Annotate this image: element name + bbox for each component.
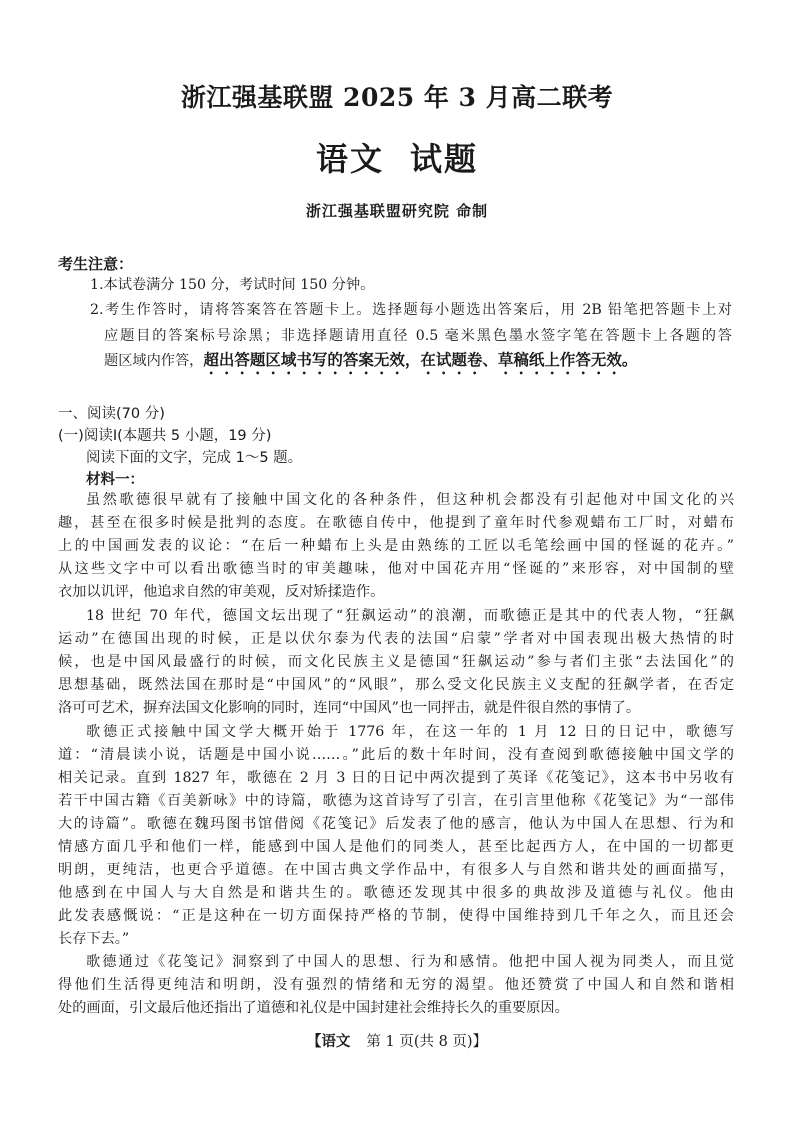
- subsection-title: (一)阅读Ⅰ(本题共 5 小题，19 分): [58, 424, 271, 445]
- paper-type: 试题: [410, 140, 478, 178]
- exam-title: 浙江强基联盟 2025 年 3 月高二联考: [0, 78, 794, 114]
- passage-line: 得他们生活得更纯洁和明朗，没有强烈的情绪和无穷的渴望。他还赞赏了中国人和自然和谐…: [58, 975, 734, 995]
- paper-maker: 浙江强基联盟研究院 命制: [0, 200, 794, 221]
- exam-page: 浙江强基联盟 2025 年 3 月高二联考 语文试题 浙江强基联盟研究院 命制 …: [0, 0, 794, 1122]
- passage-line: 道：“清晨读小说，话题是中国小说……。”此后的数十年时间，没有查阅到歌德接触中国…: [58, 745, 734, 765]
- passage-line: 此发表感慨说：“正是这种在一切方面保持严格的节制，使得中国维持到几千年之久，而且…: [58, 906, 734, 926]
- notice-item-2-line-2: 应题目的答案标号涂黑；非选择题请用直径 0.5 毫米黑色墨水签字笔在答题卡上各题…: [104, 326, 732, 346]
- passage-line: 衣加以讥评，他追求自然的审美观，反对矫揉造作。: [58, 582, 384, 602]
- material-label: 材料一：: [86, 468, 144, 489]
- reading-instruction: 阅读下面的文字，完成 1～5 题。: [86, 446, 302, 467]
- section-title: 一、阅读(70 分): [58, 402, 165, 423]
- passage-line: 运动”在德国出现的时候，正是以伏尔泰为代表的法国“启蒙”学者对中国表现出极大热情…: [58, 629, 734, 649]
- passage-line: 虽然歌德很早就有了接触中国文化的各种条件，但这种机会都没有引起他对中国文化的兴: [86, 490, 734, 510]
- passage-line: 歌德通过《花笺记》洞察到了中国人的思想、行为和感情。他把中国人视为同类人，而且觉: [86, 952, 734, 972]
- passage-line: 18 世纪 70 年代，德国文坛出现了“狂飙运动”的浪潮，而歌德正是其中的代表人…: [86, 606, 734, 626]
- passage-line: 长存下去。”: [58, 929, 129, 949]
- passage-line: 情感方面几乎和他们一样，能感到中国人是他们的同类人，甚至比起西方人，在中国的一切…: [58, 837, 734, 857]
- passage-line: 相关记录。直到 1827 年，歌德在 2 月 3 日的日记中两次提到了英译《花笺…: [58, 768, 734, 788]
- passage-line: 处的画面，引文最后他还指出了道德和礼仪是中国封建社会维持长久的重要原因。: [58, 998, 569, 1018]
- passage-line: 明朗，更纯洁，也更合乎道德。在中国古典文学作品中，有很多人与自然和谐共处的画面描…: [58, 860, 734, 880]
- notice-emphasized-warning: 超出答题区域书写的答案无效，在试题卷、草稿纸上作答无效。: [203, 351, 637, 369]
- passage-line: 若干中国古籍《百美新咏》中的诗篇，歌德为这首诗写了引言，在引言里他称《花笺记》为…: [58, 791, 734, 811]
- passage-line: 歌德正式接触中国文学大概开始于 1776 年，在这一年的 1 月 12 日的日记…: [86, 722, 734, 742]
- passage-line: 候，也是中国风最盛行的时候，而文化民族主义是德国“狂飙运动”参与者们主张“去法国…: [58, 652, 734, 672]
- passage-line: 大的诗篇”。歌德在魏玛图书馆借阅《花笺记》后发表了他的感言，他认为中国人在思想、…: [58, 814, 734, 834]
- subject-name: 语文: [316, 140, 384, 178]
- passage-line: 他感到在中国人与大自然是和谐共生的。歌德还发现其中很多的典故涉及道德与礼仪。他由: [58, 883, 734, 903]
- passage-line: 趣，甚至在很多时候是批判的态度。在歌德自传中，他提到了童年时代参观蜡布工厂时，对…: [58, 513, 734, 533]
- footer-page-number: 第 1 页(共 8 页)】: [366, 1034, 487, 1050]
- footer-subject: 【语文: [307, 1033, 351, 1050]
- page-footer: 【语文第 1 页(共 8 页)】: [0, 1030, 794, 1051]
- notice-item-1: 1.本试卷满分 150 分，考试时间 150 分钟。: [90, 275, 374, 295]
- passage-line: 洛可可艺术，摒弃法国文化影响的同时，连同“中国风”也一同抨击，就是件很自然的事情…: [58, 698, 640, 718]
- notice-item-2-line-1: 2.考生作答时，请将答案答在答题卡上。选择题每小题选出答案后，用 2B 铅笔把答…: [90, 300, 732, 320]
- notice-heading: 考生注意：: [58, 253, 133, 274]
- passage-line: 从这些文字中可以看出歌德当时的审美趣味，他对中国花卉用“怪诞的”来形容，对中国制…: [58, 559, 734, 579]
- passage-line: 思想基础，既然法国在那时是“中国风”的“风眼”，那么受文化民族主义支配的狂飙学者…: [58, 675, 734, 695]
- notice-plain-text: 题区域内作答，: [104, 353, 203, 369]
- notice-item-2-line-3: 题区域内作答，超出答题区域书写的答案无效，在试题卷、草稿纸上作答无效。: [104, 350, 637, 378]
- passage-line: 上的中国画发表的议论：“在后一种蜡布上头是由熟练的工匠以毛笔绘画中国的怪诞的花卉…: [58, 536, 734, 556]
- subject-title: 语文试题: [0, 134, 794, 180]
